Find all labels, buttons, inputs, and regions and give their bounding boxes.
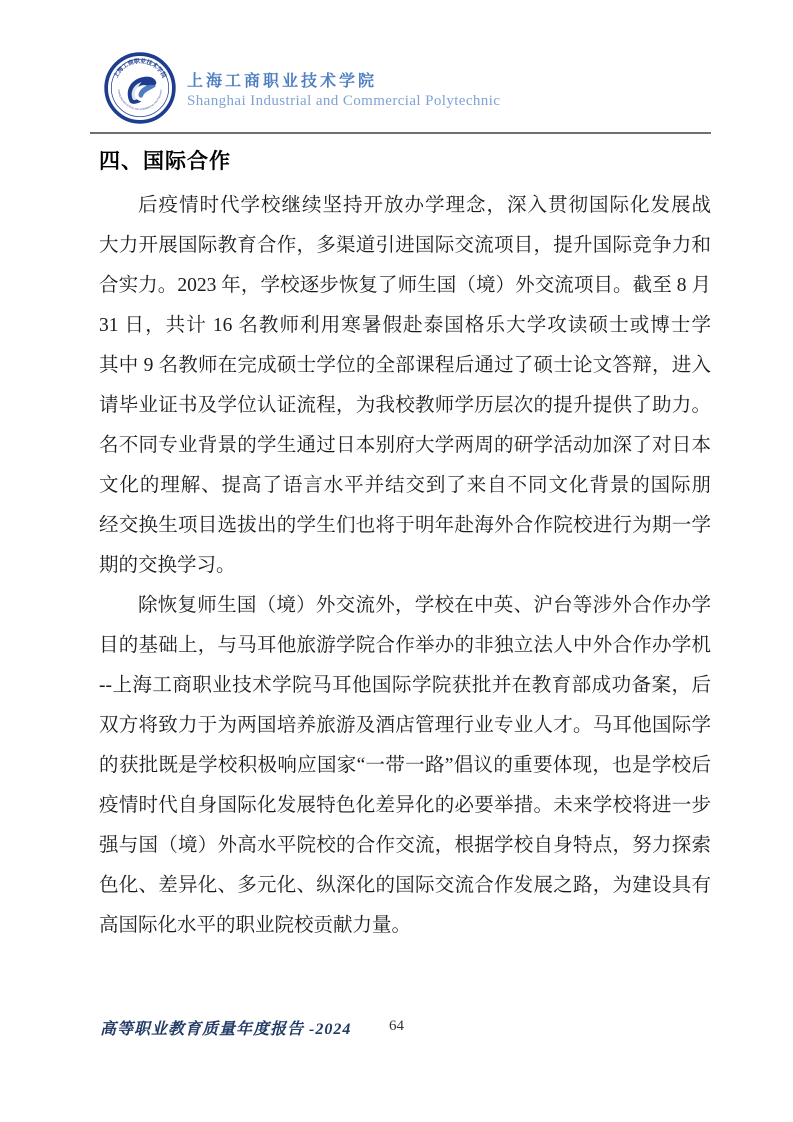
header-divider: [90, 132, 711, 134]
page-header: 上海工商职业技术学院 SHANGHAI INDUSTRIAL AND COMME…: [0, 0, 793, 140]
body-line: 色化、差异化、多元化、纵深化的国际交流合作发展之路，为建设具有较: [99, 866, 711, 906]
body-line: 名不同专业背景的学生通过日本别府大学两周的研学活动加深了对日本: [99, 426, 711, 466]
body-line: 后疫情时代学校继续坚持开放办学理念，深入贯彻国际化发展战略，: [99, 186, 711, 226]
body-line: 的获批既是学校积极响应国家“一带一路”倡议的重要体现，也是学校后: [99, 746, 711, 786]
body-line: 合实力。2023 年，学校逐步恢复了师生国（境）外交流项目。截至 8 月: [99, 266, 711, 306]
school-logo-icon: 上海工商职业技术学院 SHANGHAI INDUSTRIAL AND COMME…: [103, 49, 177, 127]
document-body: 后疫情时代学校继续坚持开放办学理念，深入贯彻国际化发展战略，大力开展国际教育合作…: [99, 186, 711, 946]
body-line: 除恢复师生国（境）外交流外，学校在中英、沪台等涉外合作办学项: [99, 586, 711, 626]
section-heading: 四、国际合作: [99, 145, 231, 175]
body-line: 目的基础上，与马耳他旅游学院合作举办的非独立法人中外合作办学机构: [99, 626, 711, 666]
page-number: 64: [0, 1018, 793, 1035]
body-line: 其中 9 名教师在完成硕士学位的全部课程后通过了硕士论文答辩，进入申: [99, 346, 711, 386]
body-line: 大力开展国际教育合作，多渠道引进国际交流项目，提升国际竞争力和综: [99, 226, 711, 266]
body-line: 期的交换学习。: [99, 546, 711, 586]
body-line: 高国际化水平的职业院校贡献力量。: [99, 906, 711, 946]
school-emblem-graphic: 上海工商职业技术学院 SHANGHAI INDUSTRIAL AND COMME…: [103, 49, 177, 127]
document-page: { "header": { "logo_name": "school-emble…: [0, 0, 793, 1122]
body-line: 疫情时代自身国际化发展特色化差异化的必要举措。未来学校将进一步加: [99, 786, 711, 826]
body-line: 31 日，共计 16 名教师利用寒暑假赴泰国格乐大学攻读硕士或博士学位，: [99, 306, 711, 346]
body-line: 经交换生项目选拔出的学生们也将于明年赴海外合作院校进行为期一学: [99, 506, 711, 546]
body-line: 文化的理解、提高了语言水平并结交到了来自不同文化背景的国际朋友。: [99, 466, 711, 506]
body-line: 双方将致力于为两国培养旅游及酒店管理行业专业人才。马耳他国际学院: [99, 706, 711, 746]
body-line: --上海工商职业技术学院马耳他国际学院获批并在教育部成功备案，后续: [99, 666, 711, 706]
school-name-chinese: 上海工商职业技术学院: [187, 68, 377, 91]
body-line: 强与国（境）外高水平院校的合作交流，根据学校自身特点，努力探索特: [99, 826, 711, 866]
school-name-english: Shanghai Industrial and Commercial Polyt…: [187, 93, 500, 110]
body-line: 请毕业证书及学位认证流程，为我校教师学历层次的提升提供了助力。14: [99, 386, 711, 426]
